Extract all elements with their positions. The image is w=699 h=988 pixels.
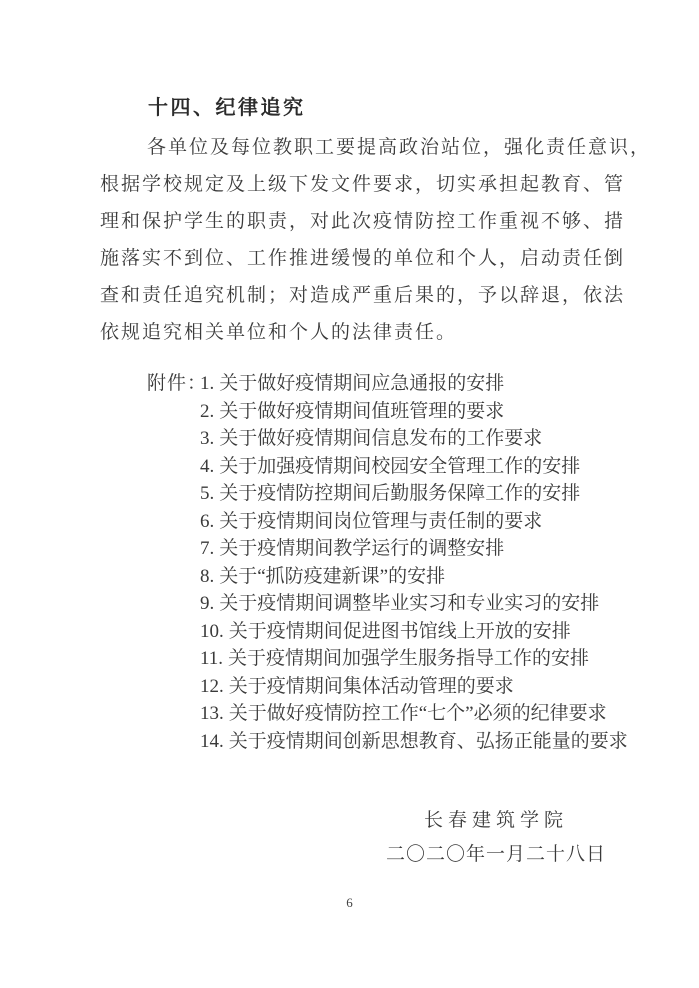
attachment-title: 关于疫情期间加强学生服务指导工作的安排 bbox=[228, 648, 589, 669]
attachment-number: 13. bbox=[200, 700, 224, 728]
attachment-title: 关于疫情期间集体活动管理的要求 bbox=[229, 676, 514, 697]
attachment-number: 6. bbox=[200, 508, 214, 536]
attachment-item: 6.关于疫情期间岗位管理与责任制的要求 bbox=[200, 508, 628, 536]
body-text-line: 查和责任追究机制；对造成严重后果的，予以辞退，依法 bbox=[100, 277, 601, 314]
attachment-item: 2.关于做好疫情期间值班管理的要求 bbox=[200, 398, 628, 426]
attachment-title: 关于疫情期间教学运行的调整安排 bbox=[219, 538, 504, 559]
attachments-list: 1.关于做好疫情期间应急通报的安排 2.关于做好疫情期间值班管理的要求 3.关于… bbox=[200, 370, 628, 755]
attachment-item: 11.关于疫情期间加强学生服务指导工作的安排 bbox=[200, 645, 628, 673]
body-paragraph: 各单位及每位教职工要提高政治站位，强化责任意识， 根据学校规定及上级下发文件要求… bbox=[100, 129, 601, 351]
body-text-line: 施落实不到位、工作推进缓慢的单位和个人，启动责任倒 bbox=[100, 240, 601, 277]
attachment-title: 关于做好疫情期间值班管理的要求 bbox=[219, 401, 504, 422]
attachment-item: 12.关于疫情期间集体活动管理的要求 bbox=[200, 673, 628, 701]
attachment-title: 关于疫情期间创新思想教育、弘扬正能量的要求 bbox=[229, 731, 628, 752]
page-number: 6 bbox=[0, 895, 699, 911]
document-page: 十四、纪律追究 各单位及每位教职工要提高政治站位，强化责任意识， 根据学校规定及… bbox=[0, 0, 699, 988]
attachment-item: 13.关于做好疫情防控工作“七个”必须的纪律要求 bbox=[200, 700, 628, 728]
attachment-number: 9. bbox=[200, 590, 214, 618]
attachment-title: 关于疫情期间岗位管理与责任制的要求 bbox=[219, 511, 542, 532]
attachment-item: 4.关于加强疫情期间校园安全管理工作的安排 bbox=[200, 453, 628, 481]
attachment-number: 2. bbox=[200, 398, 214, 426]
attachment-item: 1.关于做好疫情期间应急通报的安排 bbox=[200, 370, 628, 398]
attachment-title: 关于疫情期间调整毕业实习和专业实习的安排 bbox=[219, 593, 599, 614]
attachment-item: 7.关于疫情期间教学运行的调整安排 bbox=[200, 535, 628, 563]
attachment-title: 关于做好疫情期间应急通报的安排 bbox=[219, 373, 504, 394]
attachments-block: 附件： 1.关于做好疫情期间应急通报的安排 2.关于做好疫情期间值班管理的要求 … bbox=[147, 370, 628, 755]
signature-date: 二〇二〇年一月二十八日 bbox=[386, 838, 606, 872]
attachment-item: 5.关于疫情防控期间后勤服务保障工作的安排 bbox=[200, 480, 628, 508]
section-heading: 十四、纪律追究 bbox=[148, 91, 306, 120]
attachment-number: 5. bbox=[200, 480, 214, 508]
attachment-number: 11. bbox=[200, 645, 223, 673]
attachment-number: 3. bbox=[200, 425, 214, 453]
attachment-number: 10. bbox=[200, 618, 224, 646]
signature-org-name: 长春建筑学院 bbox=[386, 804, 606, 838]
attachment-number: 4. bbox=[200, 453, 214, 481]
attachment-number: 7. bbox=[200, 535, 214, 563]
attachment-title: 关于做好疫情防控工作“七个”必须的纪律要求 bbox=[229, 703, 607, 724]
attachment-item: 9.关于疫情期间调整毕业实习和专业实习的安排 bbox=[200, 590, 628, 618]
attachment-title: 关于“抓防疫建新课”的安排 bbox=[219, 566, 445, 587]
body-text-line: 根据学校规定及上级下发文件要求，切实承担起教育、管 bbox=[100, 166, 601, 203]
signature-block: 长春建筑学院 二〇二〇年一月二十八日 bbox=[386, 804, 606, 872]
attachments-label: 附件： bbox=[147, 370, 207, 398]
body-text-line: 各单位及每位教职工要提高政治站位，强化责任意识， bbox=[100, 129, 601, 166]
body-text-line: 依规追究相关单位和个人的法律责任。 bbox=[100, 314, 601, 351]
attachment-item: 8.关于“抓防疫建新课”的安排 bbox=[200, 563, 628, 591]
attachment-title: 关于加强疫情期间校园安全管理工作的安排 bbox=[219, 456, 580, 477]
attachment-item: 3.关于做好疫情期间信息发布的工作要求 bbox=[200, 425, 628, 453]
attachment-title: 关于疫情防控期间后勤服务保障工作的安排 bbox=[219, 483, 580, 504]
attachment-item: 14.关于疫情期间创新思想教育、弘扬正能量的要求 bbox=[200, 728, 628, 756]
attachment-title: 关于疫情期间促进图书馆线上开放的安排 bbox=[229, 621, 571, 642]
attachment-number: 8. bbox=[200, 563, 214, 591]
attachment-title: 关于做好疫情期间信息发布的工作要求 bbox=[219, 428, 542, 449]
body-text-line: 理和保护学生的职责，对此次疫情防控工作重视不够、措 bbox=[100, 203, 601, 240]
attachment-number: 14. bbox=[200, 728, 224, 756]
attachment-number: 12. bbox=[200, 673, 224, 701]
attachment-item: 10.关于疫情期间促进图书馆线上开放的安排 bbox=[200, 618, 628, 646]
